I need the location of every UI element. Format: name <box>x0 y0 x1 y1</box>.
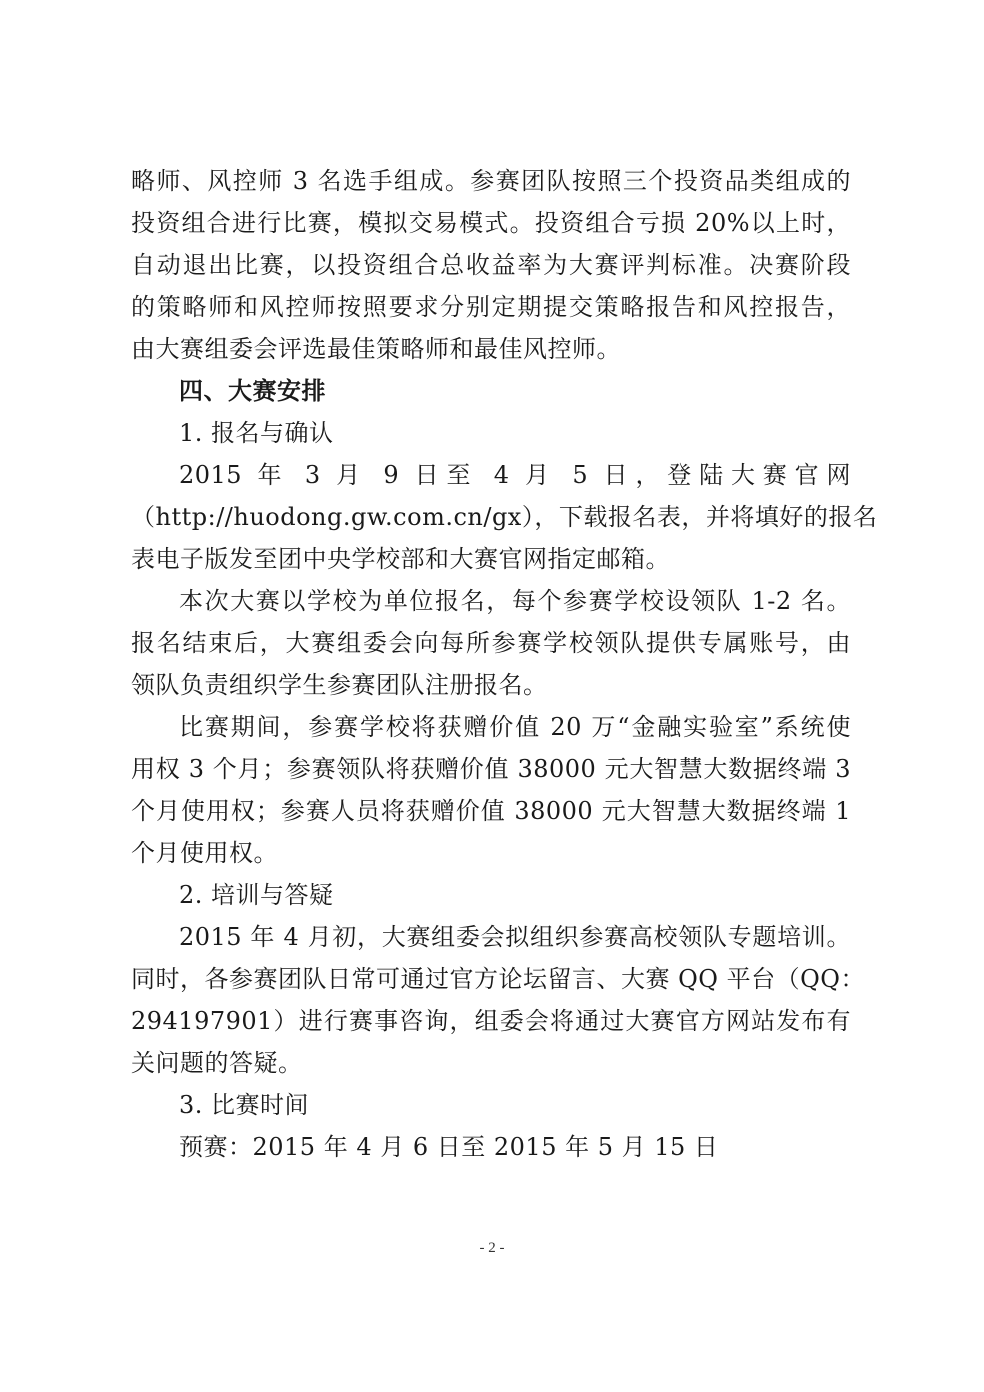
text-line: 自动退出比赛，以投资组合总收益率为大赛评判标准。决赛阶段 <box>131 244 851 286</box>
text-line: 表电子版发至团中央学校部和大赛官网指定邮箱。 <box>131 538 851 580</box>
text-line: 2015 年 4 月初，大赛组委会拟组织参赛高校领队专题培训。 <box>131 916 851 958</box>
text-line: 用权 3 个月；参赛领队将获赠价值 38000 元大智慧大数据终端 3 <box>131 748 851 790</box>
text-line: 略师、风控师 3 名选手组成。参赛团队按照三个投资品类组成的 <box>131 160 851 202</box>
preliminary-dates: 预赛：2015 年 4 月 6 日至 2015 年 5 月 15 日 <box>131 1126 851 1168</box>
text-line: 投资组合进行比赛，模拟交易模式。投资组合亏损 20%以上时， <box>131 202 851 244</box>
text-line: 领队负责组织学生参赛团队注册报名。 <box>131 664 851 706</box>
paragraph-school-registration: 本次大赛以学校为单位报名，每个参赛学校设领队 1-2 名。 报名结束后，大赛组委… <box>131 580 851 706</box>
paragraph-training: 2015 年 4 月初，大赛组委会拟组织参赛高校领队专题培训。 同时，各参赛团队… <box>131 916 851 1084</box>
page-number: - 2 - <box>0 1240 984 1257</box>
text-line: 的策略师和风控师按照要求分别定期提交策略报告和风控报告， <box>131 286 851 328</box>
text-line: 同时，各参赛团队日常可通过官方论坛留言、大赛 QQ 平台（QQ： <box>131 958 851 1000</box>
paragraph-gifts: 比赛期间，参赛学校将获赠价值 20 万“金融实验室”系统使 用权 3 个月；参赛… <box>131 706 851 874</box>
text-line: 比赛期间，参赛学校将获赠价值 20 万“金融实验室”系统使 <box>131 706 851 748</box>
text-line-url: （http://huodong.gw.com.cn/gx），下载报名表，并将填好… <box>131 496 851 538</box>
paragraph-registration-dates: 2015 年 3 月 9 日至 4 月 5 日，登陆大赛官网 （http://h… <box>131 454 851 580</box>
text-line: 个月使用权；参赛人员将获赠价值 38000 元大智慧大数据终端 1 <box>131 790 851 832</box>
text-line: 294197901）进行赛事咨询，组委会将通过大赛官方网站发布有 <box>131 1000 851 1042</box>
text-line: 本次大赛以学校为单位报名，每个参赛学校设领队 1-2 名。 <box>131 580 851 622</box>
subsection-title-registration: 1. 报名与确认 <box>131 412 851 454</box>
text-line: 由大赛组委会评选最佳策略师和最佳风控师。 <box>131 328 851 370</box>
text-line: 关问题的答疑。 <box>131 1042 851 1084</box>
subsection-title-schedule: 3. 比赛时间 <box>131 1084 851 1126</box>
section-heading: 四、大赛安排 <box>131 370 851 412</box>
text-line: 报名结束后，大赛组委会向每所参赛学校领队提供专属账号，由 <box>131 622 851 664</box>
text-line: 个月使用权。 <box>131 832 851 874</box>
document-body: 略师、风控师 3 名选手组成。参赛团队按照三个投资品类组成的 投资组合进行比赛，… <box>131 160 851 1168</box>
subsection-title-training: 2. 培训与答疑 <box>131 874 851 916</box>
paragraph-team-composition: 略师、风控师 3 名选手组成。参赛团队按照三个投资品类组成的 投资组合进行比赛，… <box>131 160 851 370</box>
text-line: 2015 年 3 月 9 日至 4 月 5 日，登陆大赛官网 <box>131 454 851 496</box>
